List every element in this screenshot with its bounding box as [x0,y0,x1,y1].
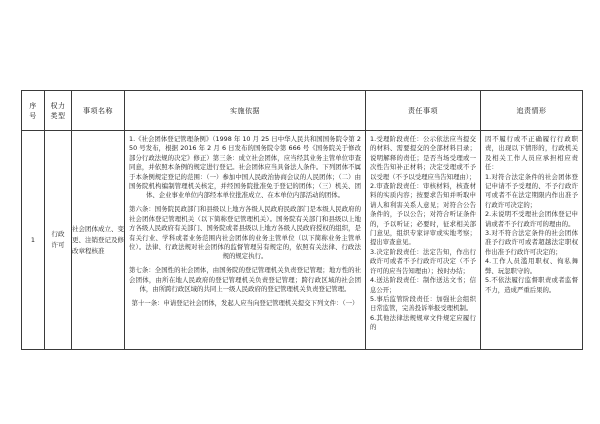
cell-item-name: 社会团体成立、变更、注销登记及修改章程核准 [72,131,125,350]
basis-paragraph: 第十一条：申请登记社会团体，发起人应当向登记管理机关提交下列文件：（一） [129,299,361,308]
basis-paragraph: 1.《社会团体登记管理条例》（1998 年 10 月 25 日中华人民共和国国务… [129,135,361,201]
header-item-name: 事项名称 [72,91,125,131]
header-power-type-label: 权力类型 [50,101,66,121]
duty-items-text: 1.受理阶段责任：公示依法应当提交的材料、需要提交的全部材料目录；说明解释的责任… [370,135,476,333]
basis-paragraph: 第六条：国务院民政部门和县级以上地方各级人民政府民政部门是本级人民政府的社会团体… [129,205,361,261]
cell-implementation-basis: 1.《社会团体登记管理条例》（1998 年 10 月 25 日中华人民共和国国务… [125,131,366,350]
accountability-items-text: 1.对符合法定条件的社会团体登记申请不予受理的、不予行政许可或者不在法定期限内作… [485,173,578,295]
header-seq: 序号 [22,91,45,131]
document-page: 序号 权力类型 事项名称 实施依据 责任事项 追责情形 1 行政许可 社会团体成… [0,0,600,424]
power-type-label: 行政许可 [51,229,66,251]
power-responsibility-table: 序号 权力类型 事项名称 实施依据 责任事项 追责情形 1 行政许可 社会团体成… [21,90,583,350]
header-duty: 责任事项 [366,91,481,131]
cell-accountability: 因不履行或不正确履行行政职责，出现以下情形的，行政机关及相关工作人员应承担相应责… [481,131,583,350]
cell-power-type: 行政许可 [45,131,72,350]
header-basis: 实施依据 [125,91,366,131]
basis-paragraph: 第七条：全国性的社会团体，由国务院的登记管理机关负责登记管理；地方性的社会团体，… [129,266,361,294]
header-power-type: 权力类型 [45,91,72,131]
cell-seq: 1 [22,131,45,350]
accountability-intro: 因不履行或不正确履行行政职责，出现以下情形的，行政机关及相关工作人员应承担相应责… [485,135,578,173]
header-seq-label: 序号 [28,101,37,121]
header-accountability: 追责情形 [481,91,583,131]
table-header-row: 序号 权力类型 事项名称 实施依据 责任事项 追责情形 [22,91,583,131]
table-row: 1 行政许可 社会团体成立、变更、注销登记及修改章程核准 1.《社会团体登记管理… [22,131,583,350]
cell-duty-items: 1.受理阶段责任：公示依法应当提交的材料、需要提交的全部材料目录；说明解释的责任… [366,131,481,350]
